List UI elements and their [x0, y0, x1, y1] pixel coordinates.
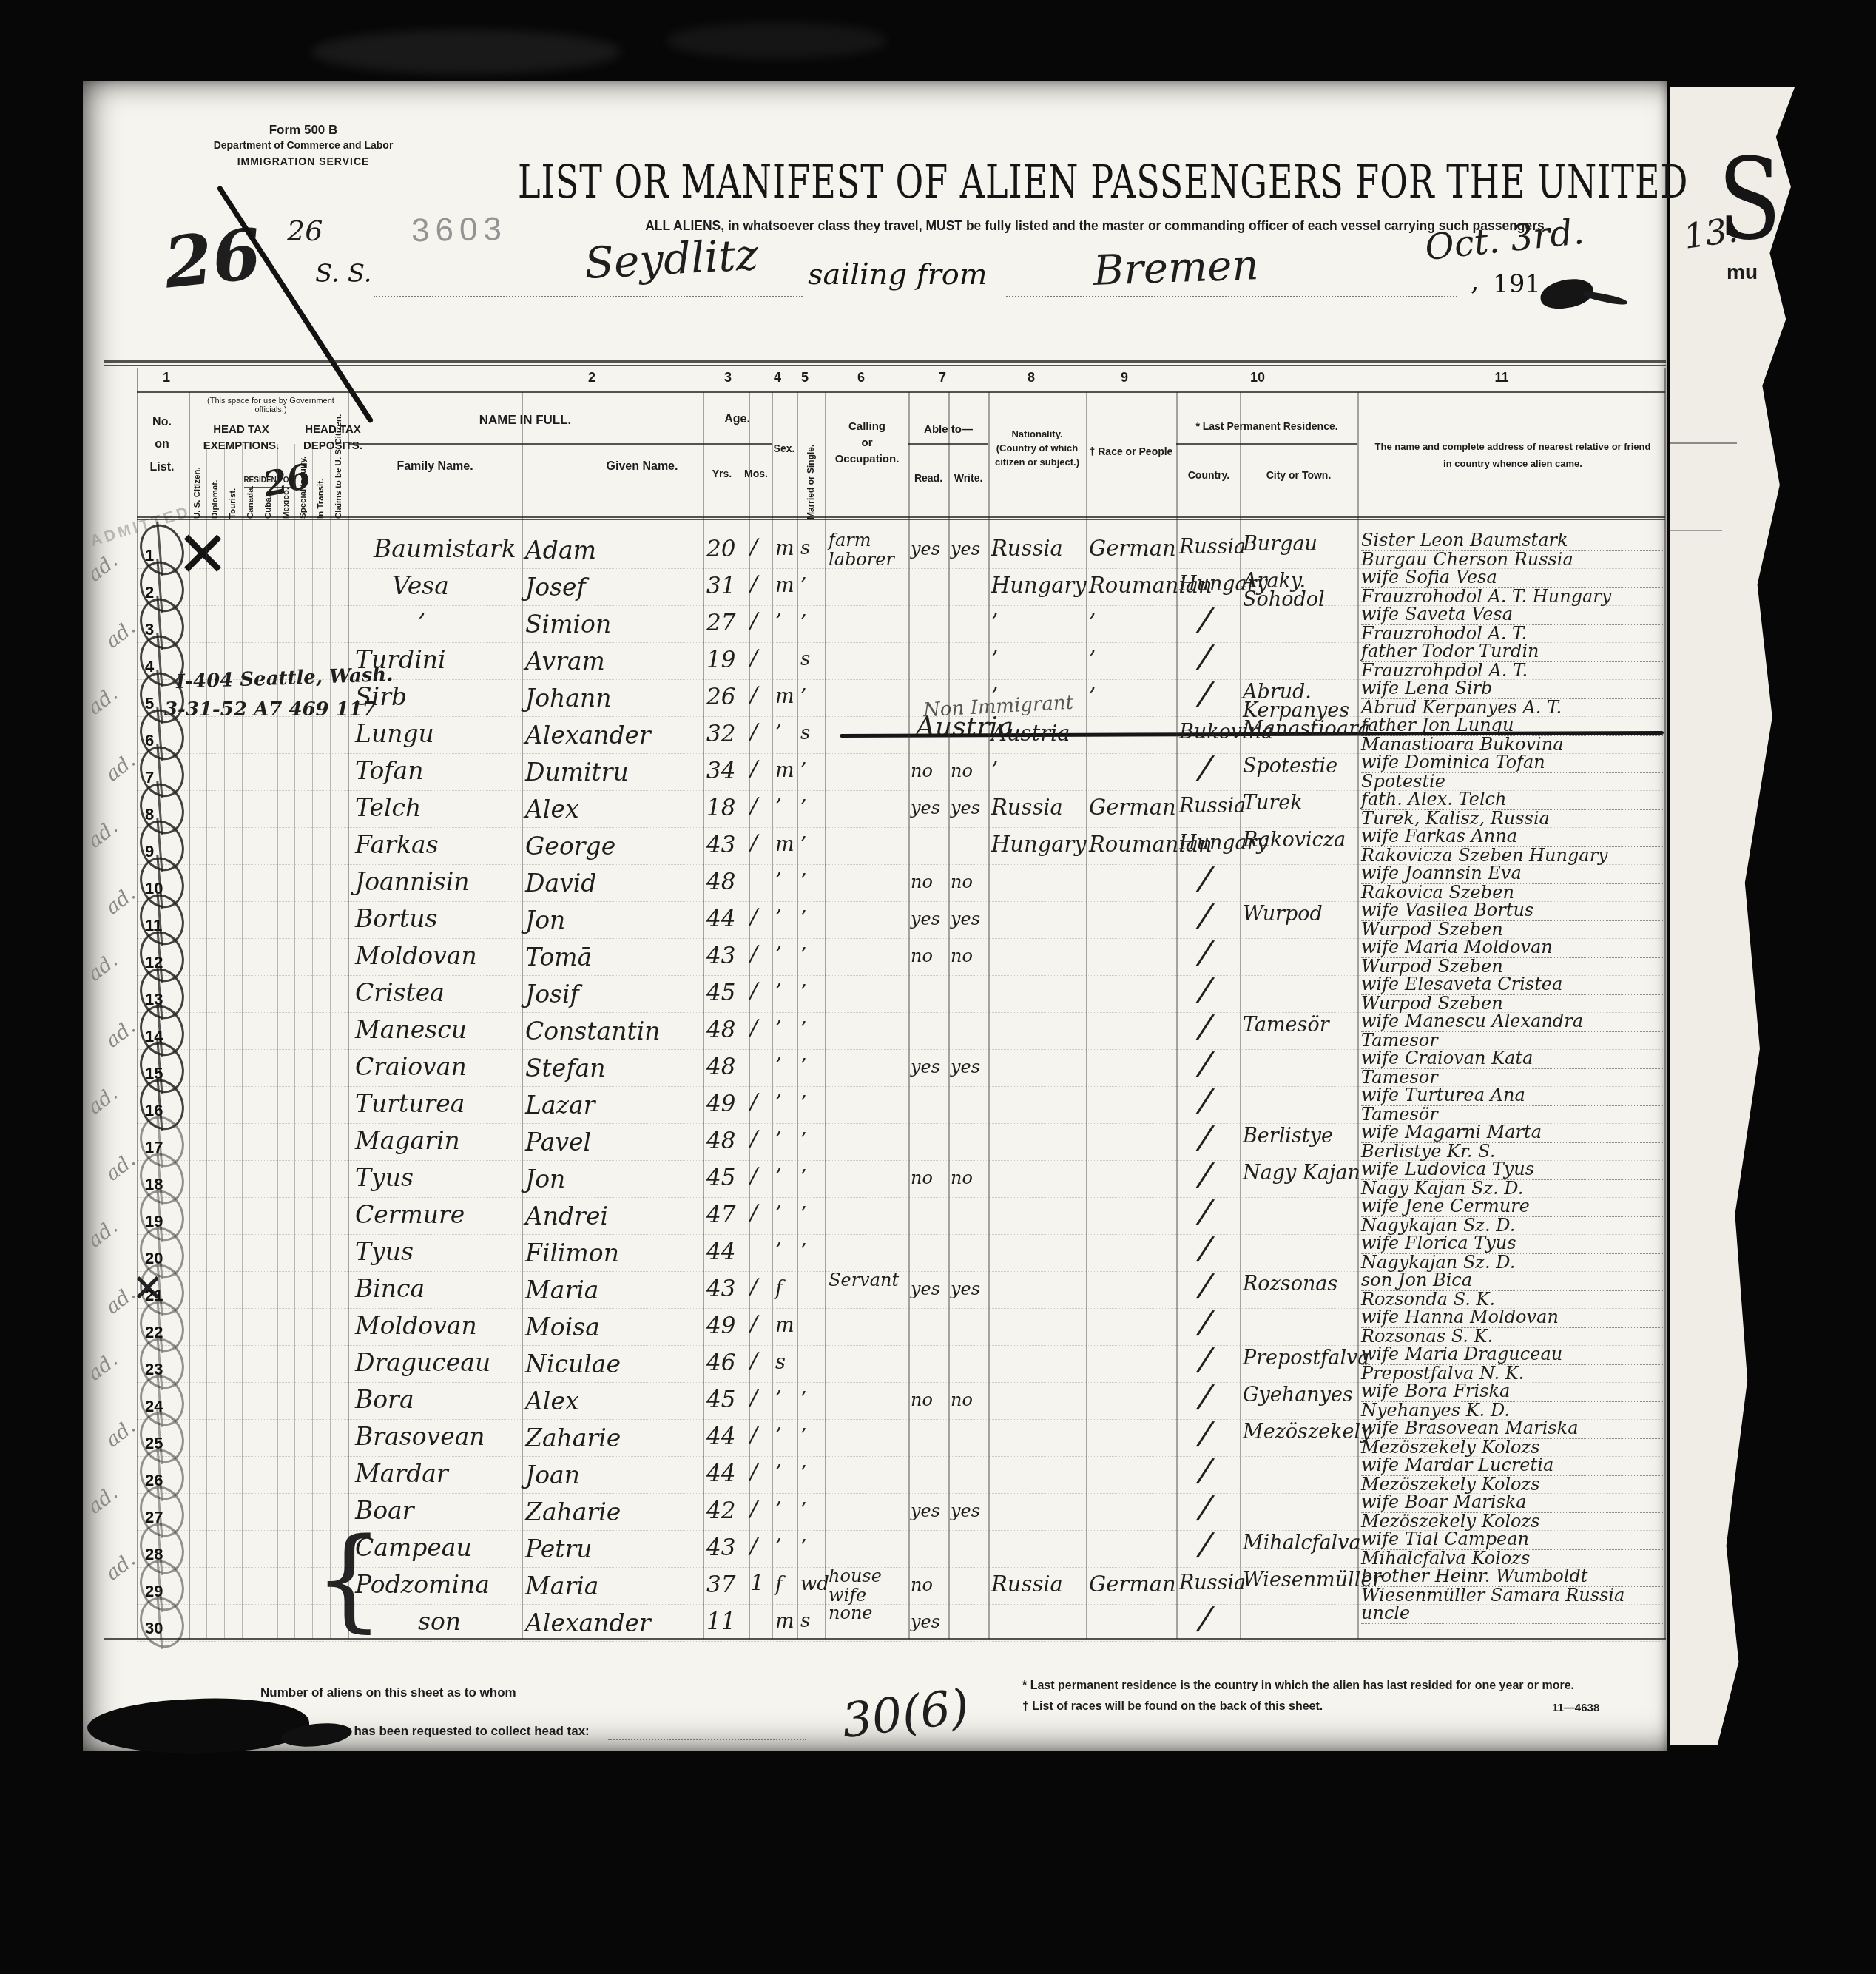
exemption-column-label: Claims to be U. S. Citizen. — [334, 422, 343, 519]
cell-read: yes — [911, 1611, 940, 1632]
relative-line-1: uncle — [1361, 1605, 1663, 1624]
col-number-4: 4 — [763, 370, 792, 385]
cell-sex: ’ — [775, 1203, 782, 1226]
cell-age-years: 44 — [706, 1239, 735, 1265]
port-rule — [1006, 296, 1457, 297]
cell-sex: ’ — [775, 1240, 782, 1263]
calling-label: Calling or Occupation. — [826, 419, 908, 467]
cell-city-1: Manastioara — [1243, 718, 1370, 741]
cell-age-tick: ∕ — [750, 534, 758, 560]
cell-age-years: 43 — [706, 832, 735, 858]
cell-write: no — [951, 1168, 973, 1188]
exemption-column-label: Cuba. — [264, 422, 273, 519]
vessel-rule — [374, 296, 803, 297]
cell-married-single: ’ — [800, 833, 806, 855]
cell-country: Russia — [1179, 1572, 1246, 1594]
footer-form-number: 11—4638 — [1552, 1702, 1599, 1714]
cell-race: ’ — [1089, 684, 1096, 709]
cell-read: no — [911, 1574, 933, 1595]
cell-age-years: 47 — [706, 1202, 735, 1228]
cell-age-years: 37 — [706, 1572, 735, 1598]
list-number: 30 — [145, 1619, 163, 1638]
cell-age-years: 27 — [706, 610, 735, 636]
cell-sex: ’ — [775, 870, 782, 893]
cell-sex: m — [775, 759, 794, 782]
ss-label: S. S. — [315, 259, 372, 289]
cell-family-name: Boar — [355, 1496, 414, 1525]
race-label: † Race or People — [1086, 445, 1176, 457]
cell-nationality: Russia — [991, 536, 1063, 561]
grid-vline — [988, 392, 990, 1639]
cell-age-years: 46 — [706, 1350, 735, 1376]
cell-given-name: Jon — [525, 1165, 565, 1193]
cell-married-single: ’ — [800, 1166, 806, 1188]
cell-family-name: Tyus — [355, 1163, 414, 1192]
exemption-column-label: Canada. — [246, 422, 255, 519]
cell-sex: m — [775, 833, 794, 856]
cell-given-name: Zaharie — [525, 1498, 621, 1526]
cell-relative: wife Vasilea BortusWurpod Szeben — [1361, 902, 1663, 940]
cell-age-years: 18 — [706, 795, 735, 821]
cell-age-years: 42 — [706, 1498, 735, 1524]
city-town-label: City or Town. — [1241, 469, 1356, 481]
cell-age-years: 31 — [706, 573, 735, 599]
cell-city-1: Tamesör — [1243, 1014, 1329, 1037]
cell-married-single: ’ — [800, 1536, 806, 1558]
port-of-sailing: Bremen — [1093, 241, 1260, 295]
age-label: Age. — [703, 413, 772, 426]
cell-age-years: 34 — [706, 758, 735, 784]
cell-married-single: ’ — [800, 685, 806, 707]
cell-relative: fath. Alex. TelchTurek, Kalisz, Russia — [1361, 791, 1663, 829]
relative-line-2 — [1361, 1624, 1663, 1643]
exemption-column-label: Special Inquiry. — [299, 422, 308, 519]
cell-given-name: Alex — [525, 1387, 579, 1415]
col-number-2: 2 — [577, 370, 607, 385]
cell-relative: wife Mardar LucretiaMezöszekely Kolozs — [1361, 1457, 1663, 1495]
cell-given-name: Adam — [525, 536, 596, 565]
cell-family-name: Joannisin — [355, 867, 470, 896]
scan-smudge — [666, 22, 888, 59]
cell-nationality: Russia — [991, 795, 1063, 820]
cell-given-name: Josef — [525, 573, 586, 602]
cell-age-years: 19 — [706, 647, 735, 673]
cell-city-1: Burgau — [1243, 533, 1317, 556]
cell-family-name: son — [418, 1607, 461, 1636]
next-page-rule — [1670, 442, 1737, 444]
cell-read: yes — [911, 1279, 940, 1299]
cell-given-name: Joan — [525, 1461, 580, 1489]
cell-family-name: Cermure — [355, 1200, 465, 1229]
country-label: Country. — [1178, 469, 1240, 481]
cell-age-tick: ∕ — [750, 793, 758, 819]
cell-city-1: Turek — [1243, 792, 1303, 815]
cell-city-1: Prepostfalva — [1243, 1347, 1369, 1370]
cell-sex: ’ — [775, 1499, 782, 1522]
cell-relative: wife Craiovan KataTamesor — [1361, 1050, 1663, 1088]
cell-given-name: Filimon — [525, 1239, 619, 1267]
cell-given-name: Pavel — [525, 1128, 591, 1156]
cell-read: no — [911, 946, 933, 966]
cell-calling-1: none — [829, 1603, 873, 1623]
cell-given-name: Alex — [525, 795, 579, 823]
cell-given-name: Alexander — [525, 1608, 651, 1637]
cell-family-name: Campeau — [355, 1533, 472, 1562]
year-comma: , — [1471, 266, 1479, 297]
cell-age-tick: ∕ — [750, 904, 758, 930]
cell-nationality: Hungary — [991, 832, 1087, 857]
cell-sex: ’ — [775, 722, 782, 745]
cell-married-single: ’ — [800, 1055, 806, 1077]
col-number-8: 8 — [1016, 370, 1046, 385]
next-page-text: mu — [1727, 260, 1758, 284]
cell-married-single: s — [800, 1610, 810, 1632]
cell-married-single: ’ — [800, 907, 806, 929]
cell-age-tick: ∕ — [750, 978, 758, 1004]
cell-age-tick: ∕ — [750, 1533, 758, 1559]
cell-given-name: Niculae — [525, 1350, 621, 1378]
col-number-1: 1 — [152, 370, 181, 385]
cell-married-single: ’ — [800, 574, 806, 596]
cell-married-single: ’ — [800, 1388, 806, 1410]
cell-given-name: Dumitru — [525, 758, 629, 786]
cell-nationality: Hungary — [991, 573, 1087, 598]
cell-race: German — [1089, 536, 1176, 561]
cell-age-years: 45 — [706, 1387, 735, 1413]
cell-race: ’ — [1089, 647, 1096, 672]
cell-relative: uncle — [1361, 1605, 1663, 1643]
read-label: Read. — [908, 472, 948, 484]
footer-note-1: * Last permanent residence is the countr… — [1022, 1680, 1574, 1693]
footer-note-2: † List of races will be found on the bac… — [1022, 1700, 1323, 1714]
cell-sex: ’ — [775, 981, 782, 1004]
cell-family-name: Moldovan — [355, 941, 477, 970]
cell-relative: Sister Leon BaumstarkBurgau Cherson Russ… — [1361, 532, 1663, 570]
cell-married-single: ’ — [800, 1240, 806, 1262]
cell-family-name: Tofan — [355, 756, 423, 785]
cell-write: yes — [951, 1279, 980, 1299]
cell-sex: ’ — [775, 1055, 782, 1078]
cell-sex: ’ — [775, 907, 782, 930]
cell-age-years: 43 — [706, 943, 735, 969]
exemption-column-label: In Transit. — [317, 422, 325, 519]
cell-race: German — [1089, 1572, 1176, 1597]
col-number-11: 11 — [1487, 370, 1516, 385]
cell-married-single: s — [800, 722, 810, 744]
cell-relative: wife Ludovica TyusNagy Kajan Sz. D. — [1361, 1161, 1663, 1199]
cell-sex: ’ — [775, 1018, 782, 1041]
cell-city-1: Wurpod — [1243, 903, 1323, 926]
cell-sex: ’ — [775, 1166, 782, 1189]
cell-married-single: ’ — [800, 981, 806, 1003]
cell-calling-1: house — [829, 1566, 882, 1586]
cell-married-single: ’ — [800, 1462, 806, 1484]
cell-age-tick: 1 — [750, 1570, 764, 1596]
row5-margin-note-2: 3-31-52 A7 469 117 — [164, 698, 376, 721]
cell-married-single: ’ — [800, 1425, 806, 1447]
cell-relative: wife Jene CermureNagykajan Sz. D. — [1361, 1198, 1663, 1236]
grid-vline — [825, 392, 826, 1639]
cell-married-single: ’ — [800, 870, 806, 892]
cell-married-single: wd — [800, 1573, 829, 1595]
cell-write: yes — [951, 1057, 980, 1077]
cell-sex: f — [775, 1277, 783, 1300]
cell-relative: son Jon BicaRozsonda S. K. — [1361, 1272, 1663, 1310]
cell-write: no — [951, 1389, 973, 1410]
grid-hline — [137, 391, 1665, 393]
cell-family-name: Sirb — [355, 682, 407, 711]
cell-nationality: ’ — [991, 758, 998, 783]
cell-country: Russia — [1179, 536, 1246, 559]
cell-age-tick: ∕ — [750, 645, 758, 671]
next-sheet-number: 13. — [1681, 209, 1741, 257]
cell-age-years: 48 — [706, 1128, 735, 1154]
cell-country: Russia — [1179, 795, 1246, 818]
cell-read: yes — [911, 909, 940, 929]
cell-city-1: Berlistye — [1243, 1125, 1333, 1148]
cell-given-name: Jon — [525, 906, 565, 934]
col-number-5: 5 — [790, 370, 820, 385]
cell-age-years: 43 — [706, 1535, 735, 1561]
cell-age-tick: ∕ — [750, 1015, 758, 1041]
cell-relative: wife Farkas AnnaRakovicza Szeben Hungary — [1361, 828, 1663, 866]
cell-relative: wife Manescu AlexandraTamesor — [1361, 1013, 1663, 1051]
cell-write: yes — [951, 909, 980, 929]
cell-given-name: Lazar — [525, 1091, 595, 1119]
cell-family-name: Moldovan — [355, 1311, 477, 1340]
exemption-column-label: Mexico. — [282, 422, 291, 519]
cell-age-years: 49 — [706, 1313, 735, 1339]
cell-family-name: Draguceau — [355, 1348, 490, 1377]
cell-city-1: Rakovicza — [1243, 829, 1346, 852]
cell-family-name: Turturea — [355, 1089, 465, 1118]
cell-sex: m — [775, 574, 794, 597]
grid-vline — [137, 368, 138, 1639]
cell-relative: wife Bora FriskaNyehanyes K. D. — [1361, 1383, 1663, 1421]
grid-vline — [948, 392, 950, 1639]
cell-sex: m — [775, 1610, 794, 1633]
cell-relative: wife Brasovean MariskaMezöszekely Kolozs — [1361, 1420, 1663, 1458]
cell-read: no — [911, 872, 933, 892]
page-title: LIST OR MANIFEST OF ALIEN PASSENGERS FOR… — [518, 155, 1627, 208]
cell-married-single: ’ — [800, 944, 806, 966]
cell-write: no — [951, 872, 973, 892]
cell-married-single: s — [800, 648, 810, 670]
cell-relative: wife Maria MoldovanWurpod Szeben — [1361, 939, 1663, 977]
exemption-column-label: U. S. Citizen. — [193, 422, 202, 519]
cell-sex: ’ — [775, 1462, 782, 1485]
cell-family-name: Vesa — [392, 571, 449, 600]
grid-vline — [772, 392, 773, 1639]
no-on-list-label: No. on List. — [137, 411, 187, 479]
cell-relative: wife Hanna MoldovanRozsonas S. K. — [1361, 1309, 1663, 1347]
grid-vline — [908, 392, 910, 1639]
cell-write: yes — [951, 1500, 980, 1521]
cell-given-name: Alexander — [525, 721, 651, 749]
given-name-label: Given Name. — [583, 460, 701, 474]
cell-given-name: Andrei — [525, 1202, 608, 1230]
cell-given-name: David — [525, 869, 596, 897]
last-perm-res-label: * Last Permanent Residence. — [1176, 420, 1357, 432]
cell-given-name: George — [525, 832, 615, 860]
grid-vline — [189, 392, 190, 1639]
cell-nationality: ’ — [991, 647, 998, 672]
mos-label: Mos. — [738, 468, 774, 479]
col-number-3: 3 — [713, 370, 743, 385]
cell-relative: wife Boar MariskaMezöszekely Kolozs — [1361, 1494, 1663, 1532]
cell-age-years: 45 — [706, 980, 735, 1006]
cell-married-single: ’ — [800, 1092, 806, 1114]
cell-read: yes — [911, 1057, 940, 1077]
col-number-7: 7 — [928, 370, 957, 385]
cell-age-tick: ∕ — [750, 1385, 758, 1411]
sailing-from-label: sailing from — [808, 257, 988, 292]
grid-hline — [104, 365, 1666, 366]
cell-given-name: Tomā — [525, 943, 592, 971]
cell-family-name: Cristea — [355, 978, 445, 1007]
cell-married-single: ’ — [800, 1129, 806, 1151]
cell-given-name: Constantin — [525, 1017, 661, 1045]
sex-label: Sex. — [768, 442, 800, 454]
cell-family-name: Binca — [355, 1274, 425, 1303]
relative-label: The name and complete address of nearest… — [1361, 438, 1664, 473]
cell-family-name: Brasovean — [355, 1422, 485, 1451]
sheet-number-large: 26 — [161, 213, 266, 304]
cell-read: no — [911, 1168, 933, 1188]
cell-sex: s — [775, 1351, 786, 1374]
cell-family-name: Bora — [355, 1385, 414, 1414]
gov-space-label: (This space for use by Government offici… — [192, 397, 349, 414]
cell-city-1: Mihalcfalva — [1243, 1532, 1361, 1554]
cell-age-years: 48 — [706, 1017, 735, 1043]
grid-vline — [1664, 368, 1666, 1639]
cell-relative: wife Elesaveta CristeaWurpod Szeben — [1361, 976, 1663, 1014]
col-number-10: 10 — [1243, 370, 1272, 385]
cell-family-name: Manescu — [355, 1015, 467, 1044]
cell-age-tick: ∕ — [750, 941, 758, 967]
cell-relative: wife Lena SirbAbrud Kerpanyes A. T. — [1361, 680, 1663, 718]
cell-age-years: 20 — [706, 536, 735, 562]
grid-hline — [137, 519, 1665, 520]
col-number-6: 6 — [846, 370, 876, 385]
cell-sex: ’ — [775, 796, 782, 819]
form-department-line: Department of Commerce and Labor — [185, 139, 422, 151]
cell-age-years: 48 — [706, 869, 735, 895]
cell-sex: m — [775, 1314, 794, 1337]
cell-age-years: 44 — [706, 1424, 735, 1450]
cell-family-name: Magarin — [355, 1126, 460, 1155]
grid-hline — [348, 443, 703, 445]
cell-city-1: Gyehanyes — [1243, 1384, 1353, 1407]
cell-age-tick: ∕ — [750, 1126, 758, 1152]
cell-family-name: Farkas — [355, 830, 439, 859]
cell-family-name: Lungu — [355, 719, 434, 748]
married-single-label: Married or Single. — [806, 423, 816, 519]
cell-age-tick: ∕ — [750, 1274, 758, 1300]
cell-married-single: ’ — [800, 796, 806, 818]
cell-age-years: 45 — [706, 1165, 735, 1191]
cell-city-1: Mezöszekely — [1243, 1421, 1371, 1444]
cell-nationality: ’ — [991, 684, 998, 709]
cell-write: yes — [951, 798, 980, 818]
cell-nationality: ’ — [991, 610, 998, 635]
cell-age-years: 11 — [706, 1608, 735, 1635]
cell-given-name: Moisa — [525, 1313, 600, 1341]
cell-nationality: Russia — [991, 1572, 1063, 1597]
form-service-line: IMMIGRATION SERVICE — [209, 155, 398, 167]
footer-dotted-rule — [608, 1739, 806, 1740]
cell-sex: ’ — [775, 1129, 782, 1152]
cell-calling-1: Servant — [829, 1270, 899, 1290]
cell-relative: wife Joannsin EvaRakovica Szeben — [1361, 865, 1663, 903]
cell-relative: wife Maria DraguceauPrepostfalva N. K. — [1361, 1346, 1663, 1384]
grid-vline — [522, 392, 523, 1639]
cell-given-name: Maria — [525, 1572, 598, 1600]
cell-married-single: ’ — [800, 1203, 806, 1225]
cell-city-2: Sohodol — [1243, 588, 1325, 611]
cell-race: German — [1089, 795, 1176, 820]
cell-calling-2: laborer — [829, 549, 894, 570]
cell-age-tick: ∕ — [750, 1311, 758, 1337]
grid-hline — [104, 360, 1666, 363]
cell-age-tick: ∕ — [750, 682, 758, 708]
year-printed: 191 — [1493, 269, 1541, 299]
cell-relative: wife Tial CampeanMihalcfalva Kolozs — [1361, 1531, 1663, 1569]
cell-age-tick: ∕ — [750, 830, 758, 856]
cell-age-tick: ∕ — [750, 571, 758, 597]
grid-vline — [797, 392, 798, 1639]
cell-age-tick: ∕ — [750, 1496, 758, 1522]
cell-family-name: Mardar — [355, 1459, 448, 1488]
cell-city-1: Rozsonas — [1243, 1273, 1337, 1296]
cell-given-name: Simion — [525, 610, 611, 639]
cell-married-single: ’ — [800, 1018, 806, 1040]
cell-age-years: 49 — [706, 1091, 735, 1117]
cell-relative: father Todor TurdinFrauzrohpdol A. T. — [1361, 643, 1663, 681]
cell-age-years: 44 — [706, 906, 735, 932]
cell-family-name: Baumistark — [374, 534, 516, 563]
write-label: Write. — [948, 472, 988, 484]
nationality-label: Nationality. (Country of which citizen o… — [988, 428, 1086, 470]
cell-family-name: Craiovan — [355, 1052, 467, 1081]
family-name-label: Family Name. — [370, 460, 500, 474]
grid-vline — [348, 392, 349, 1639]
cell-family-name: Podzomina — [355, 1570, 490, 1599]
cell-sex: ’ — [775, 1388, 782, 1411]
col-number-9: 9 — [1110, 370, 1139, 385]
cell-married-single: ’ — [800, 611, 806, 633]
cell-age-tick: ∕ — [750, 608, 758, 634]
cell-given-name: Avram — [525, 647, 605, 676]
cell-age-years: 44 — [706, 1461, 735, 1487]
cell-age-tick: ∕ — [750, 1459, 758, 1485]
scanned-manifest: Form 500 B Department of Commerce and La… — [0, 0, 1876, 1974]
cell-write: no — [951, 946, 973, 966]
cell-sex: ’ — [775, 1092, 782, 1115]
grid-vline — [1357, 392, 1359, 1639]
cell-relative: wife Dominica TofanSpotestie — [1361, 754, 1663, 792]
cell-age-tick: ∕ — [750, 1089, 758, 1115]
cell-given-name: Petru — [525, 1535, 593, 1563]
stamp-number: 3603 — [411, 211, 508, 249]
cell-age-tick: ∕ — [750, 756, 758, 782]
cell-relative: wife Turturea AnaTamesör — [1361, 1087, 1663, 1125]
cell-family-name: Bortus — [355, 904, 437, 933]
scan-smudge — [311, 30, 621, 74]
cell-sex: m — [775, 537, 794, 560]
cell-age-years: 48 — [706, 1054, 735, 1080]
grid-hline — [137, 516, 1665, 518]
